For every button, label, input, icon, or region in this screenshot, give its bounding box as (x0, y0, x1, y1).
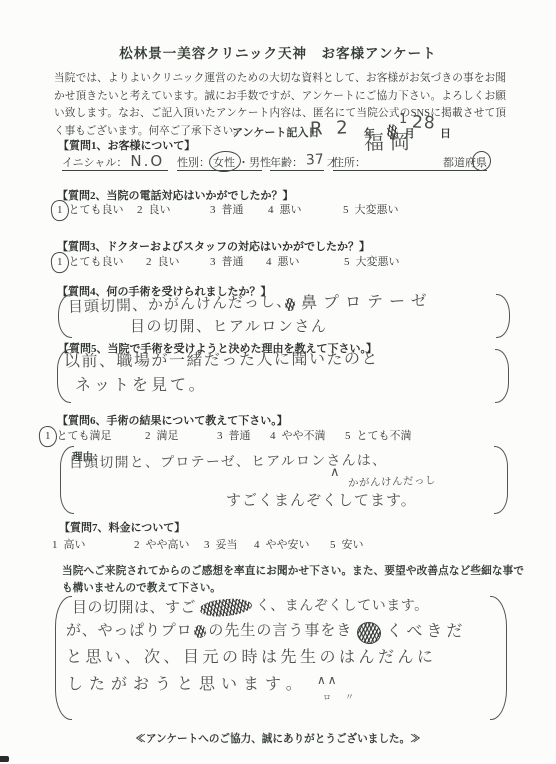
footer-thanks: ≪アンケートへのご協力、誠にありがとうございました。≫ (0, 731, 556, 746)
q7-option-4-num: 4 (254, 539, 260, 551)
q2-option-4-num: 4 (268, 204, 274, 216)
feedback-answer-box: 目の切開は、すご く、まんぞくしています。 が、やっぱりプロ の先生の言う事をき… (55, 596, 507, 720)
date-day-unit: 日 (440, 125, 451, 141)
feedback-line3: と思い、次、目元の時は先生のはんだんに (66, 648, 437, 666)
feedback-line2-post: くべきだ (386, 622, 466, 640)
address-unit: 都道府 (443, 157, 476, 169)
q6-option-1-label: とても満足 (57, 430, 112, 442)
feedback-circled-scribble (356, 620, 383, 645)
address-value: 福岡 (364, 131, 416, 154)
age-field: 年齢： 37 才 (270, 150, 324, 171)
q4-answer-box: 目頭切開、かがんけんだっし、 鼻プロテーゼ 目の切開、ヒアルロンさん (58, 294, 510, 338)
q2-option-4-label: 悪い (280, 204, 302, 216)
q3-option-2-num: 2 (146, 256, 152, 268)
q6-reason-box: 理由： 目頭切開と、プロテーゼ、ヒアルロンさんは、 ∧ かがんけんだっし すごく… (60, 446, 508, 514)
q2-option-5-label: 大変悪い (355, 204, 399, 216)
q3-heading: 【質問3、ドクターおよびスタッフの対応はいかがでしたか？】 (57, 238, 370, 254)
survey-sheet: 松林景一美容クリニック天神 お客様アンケート 当院では、よりよいクリニック運営の… (0, 0, 556, 764)
address-unit-circled: 県 (476, 154, 487, 170)
age-value: 37 (306, 152, 325, 168)
q7-option-3-num: 3 (204, 539, 210, 551)
q6-option-5-label: とても不満 (357, 430, 412, 442)
q2-option-1-num: 1 (57, 204, 63, 216)
q3-option-3-num: 3 (210, 256, 216, 268)
q4-answer-line1b: 鼻プロテーゼ (301, 292, 433, 312)
age-label: 年齢： (270, 154, 303, 170)
q6-option-2-label: 満足 (157, 430, 179, 442)
feedback-line2-pre: が、やっぱりプロ (66, 622, 192, 639)
gender-option-female: 女性 (213, 154, 235, 170)
answer-bracket-right (495, 349, 509, 403)
q2-option-2-label: 良い (149, 204, 171, 216)
answer-bracket-right (490, 596, 507, 720)
feedback-prompt: 当院へご来院されてからのご感想を率直にお聞かせ下さい。また、要望や改善点など些細… (62, 563, 524, 597)
address-label: 住所： (333, 154, 366, 170)
q6-insert-caret: ∧ (330, 466, 340, 480)
initial-field: イニシャル： N.O (62, 150, 168, 171)
q7-options-row: 1高い 2やや高い 3妥当 4やや安い 5安い (0, 536, 556, 552)
q6-option-1-num: 1 (45, 430, 51, 442)
q7-option-4-label: やや安い (266, 539, 310, 551)
q7-option-5-label: 安い (342, 539, 364, 551)
q6-options-row: 1とても満足 2満足 3普通 4やや不満 5とても不満 (0, 427, 556, 443)
scan-artifact (0, 756, 9, 762)
q4-answer-line1a: 目頭切開、かがんけんだっし、 (68, 293, 292, 315)
feedback-strikeout-scribble (199, 596, 252, 618)
q3-option-1-num: 1 (57, 256, 63, 268)
q6-option-3-label: 普通 (229, 430, 251, 442)
answer-bracket-right (496, 294, 510, 338)
q6-option-4-num: 4 (270, 430, 276, 442)
q6-reason-line1: 目頭切開と、プロテーゼ、ヒアルロンさんは、 (69, 454, 387, 472)
q3-option-5-num: 5 (344, 256, 350, 268)
smiley-eyes: ∧∧ (317, 674, 357, 687)
q4-small-scribble (285, 298, 295, 311)
gender-label: 性別： (177, 154, 210, 170)
q3-option-5-label: 大変悪い (356, 256, 400, 268)
q5-answer-line2: ネットを見て。 (75, 376, 208, 394)
q3-option-2-label: 良い (158, 256, 180, 268)
q3-option-1-label: とても良い (69, 256, 124, 268)
q3-option-4-label: 悪い (278, 256, 300, 268)
q3-option-3-label: 普通 (222, 256, 244, 268)
q2-option-3-num: 3 (210, 204, 216, 216)
feedback-line4: したがおうと思います。 (67, 675, 308, 693)
q7-option-1-label: 高い (64, 539, 86, 551)
feedback-line1-pre: 目の切開は、すご (72, 599, 196, 616)
q6-reason-line2: すごくまんぞくしてます。 (226, 492, 417, 509)
q3-option-4-num: 4 (266, 256, 272, 268)
page-title: 松林景一美容クリニック天神 お客様アンケート (0, 42, 556, 62)
q7-option-2-num: 2 (134, 539, 140, 551)
q6-option-4-label: やや不満 (282, 430, 326, 442)
q2-option-5-num: 5 (343, 204, 349, 216)
q2-option-2-num: 2 (137, 204, 143, 216)
gender-field: 性別： 女性 ・男性 (177, 150, 262, 171)
q7-option-2-label: やや高い (146, 539, 190, 551)
q7-option-1-num: 1 (52, 539, 58, 551)
initial-label: イニシャル： (62, 154, 127, 170)
gender-option-male: ・男性 (238, 154, 271, 170)
q6-option-5-num: 5 (345, 430, 351, 442)
q7-heading: 【質問7、料金について】 (59, 519, 185, 535)
q3-options-row: 1とても良い 2良い 3普通 4悪い 5大変悪い (0, 253, 556, 269)
q5-answer-box: 以前、職場が一緒だった人に聞いたのと ネットを見て。 (57, 349, 509, 403)
date-era-value: R 2 (310, 118, 352, 139)
q7-option-3-label: 妥当 (216, 539, 238, 551)
answer-bracket-right (494, 446, 508, 514)
q6-heading: 【質問6、手術の結果について教えて下さい。】 (57, 412, 288, 428)
smiley-doodle: ∧∧ ロ 〃 (317, 674, 357, 705)
q2-option-1-label: とても良い (69, 204, 124, 216)
q7-option-5-num: 5 (330, 539, 336, 551)
feedback-line1-post: く、まんぞくしています。 (256, 599, 429, 614)
q2-option-3-label: 普通 (222, 204, 244, 216)
q4-answer-line2: 目の切開、ヒアルロンさん (130, 318, 327, 335)
feedback-line2-mid: の先生の言う事をき (208, 622, 352, 639)
smiley-mouth: ロ (323, 694, 331, 703)
q6-option-3-num: 3 (217, 430, 223, 442)
q6-reason-insertion: かがんけんだっし (348, 475, 436, 490)
q5-answer-line1: 以前、職場が一緒だった人に聞いたのと (64, 350, 379, 370)
initial-value: N.O (130, 153, 164, 170)
date-label: アンケート記入日 (232, 124, 319, 140)
q6-option-2-num: 2 (145, 430, 151, 442)
feedback-blot-scribble (194, 625, 206, 638)
smiley-ditto: 〃 (345, 694, 354, 704)
q2-options-row: 1とても良い 2良い 3普通 4悪い 5大変悪い (0, 201, 556, 217)
